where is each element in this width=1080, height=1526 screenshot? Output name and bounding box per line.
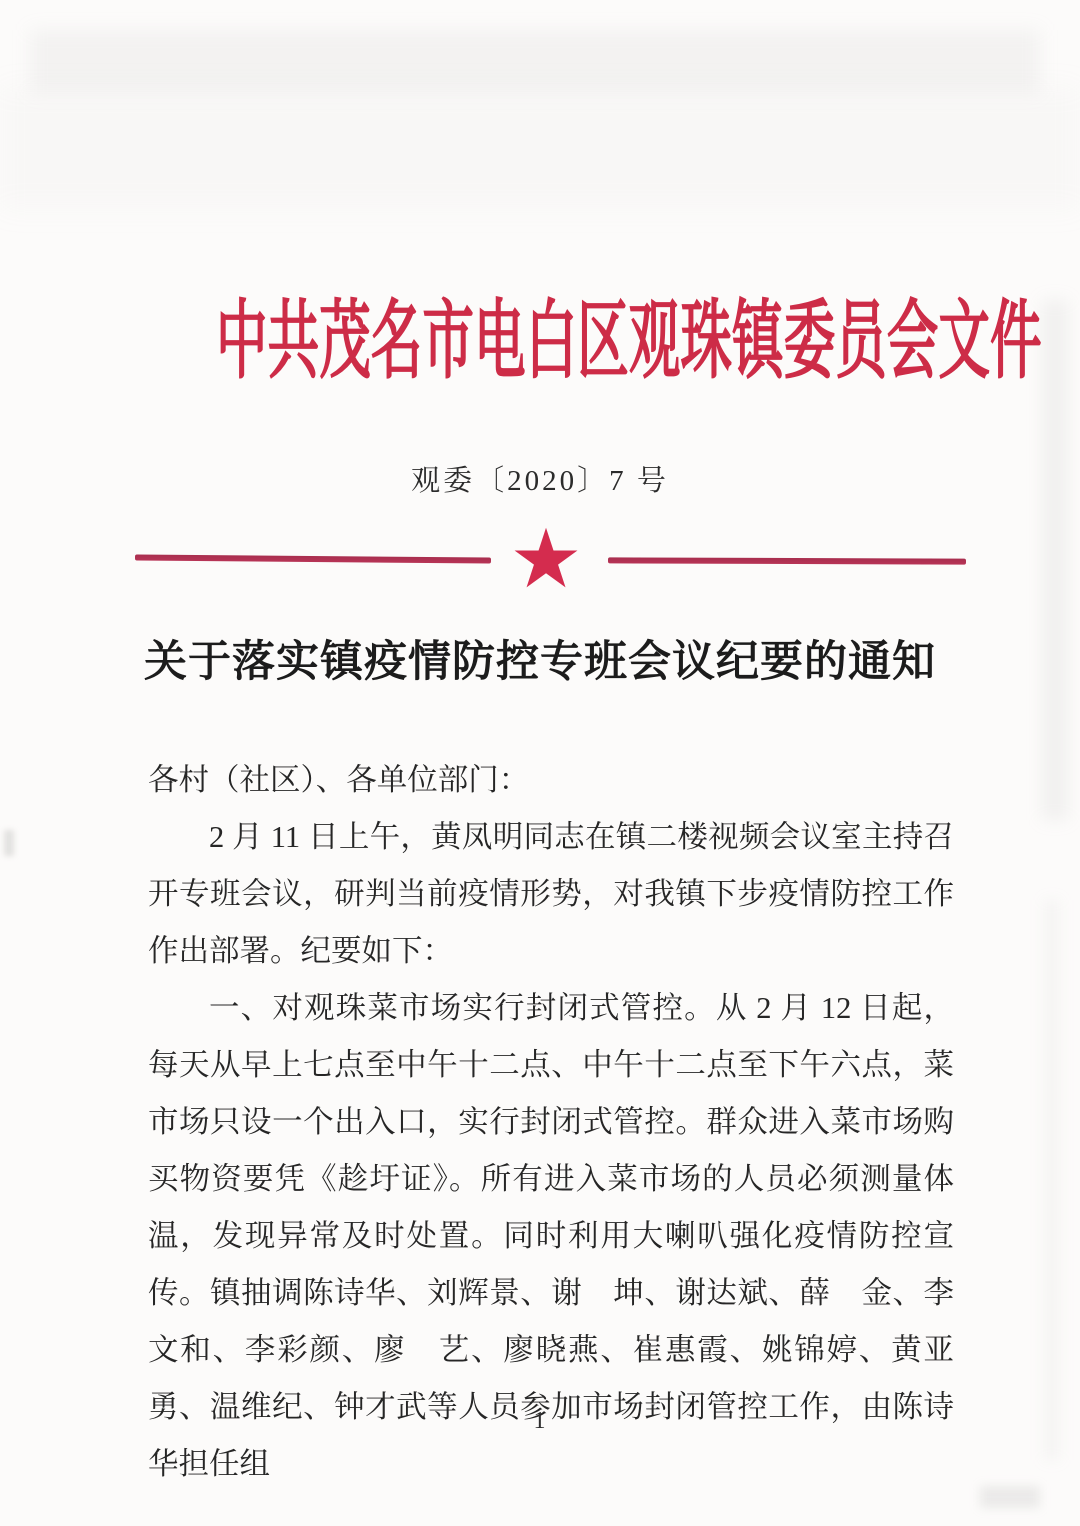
- scan-artifact: [1044, 900, 1060, 1460]
- document-page: 中共茂名市电白区观珠镇委员会文件 观委〔2020〕7 号 ★ 关于落实镇疫情防控…: [0, 0, 1080, 1526]
- letterhead-org-title: 中共茂名市电白区观珠镇委员会文件: [216, 276, 864, 406]
- scan-artifact: [4, 830, 14, 856]
- star-icon: ★: [500, 512, 592, 608]
- scan-artifact: [30, 30, 1040, 92]
- document-title: 关于落实镇疫情防控专班会议纪要的通知: [0, 628, 1080, 689]
- salutation: 各村（社区）、各单位部门：: [148, 752, 954, 809]
- scan-artifact: [1042, 300, 1068, 820]
- scan-artifact: [0, 88, 1080, 208]
- page-number: 1: [0, 1408, 1080, 1435]
- paragraph: 2 月 11 日上午，黄凤明同志在镇二楼视频会议室主持召开专班会议，研判当前疫情…: [148, 809, 954, 980]
- document-body: 各村（社区）、各单位部门： 2 月 11 日上午，黄凤明同志在镇二楼视频会议室主…: [148, 752, 954, 1493]
- divider-line-left: [135, 554, 491, 563]
- scan-artifact: [980, 1486, 1040, 1508]
- document-number: 观委〔2020〕7 号: [0, 458, 1080, 499]
- divider-line-right: [608, 557, 966, 564]
